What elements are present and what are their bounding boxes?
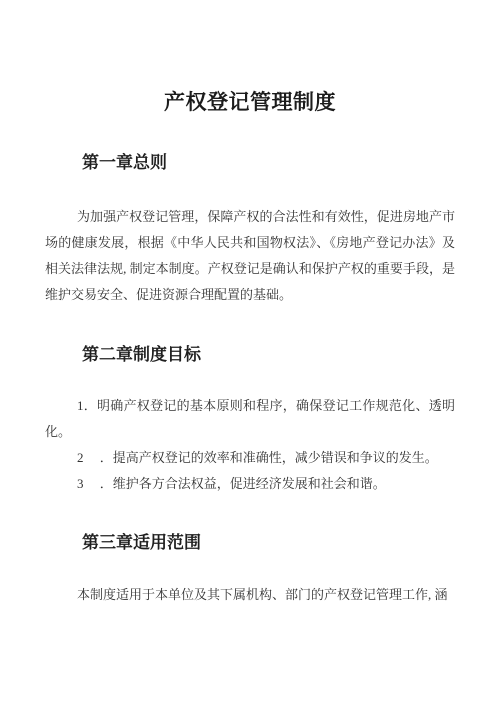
document-title: 产权登记管理制度 — [45, 91, 455, 115]
goal-list: 1．明确产权登记的基本原则和程序，确保登记工作规范化、透明化。 2 ．提高产权登… — [45, 393, 455, 497]
chapter-1-paragraph: 为加强产权登记管理，保障产权的合法性和有效性，促进房地产市场的健康发展，根据《中… — [45, 204, 455, 308]
goal-item-3: 3 ．维护各方合法权益，促进经济发展和社会和谐。 — [45, 471, 455, 497]
goal-item-2: 2 ．提高产权登记的效率和准确性，减少错误和争议的发生。 — [45, 445, 455, 471]
chapter-1-heading: 第一章总则 — [82, 153, 455, 173]
goal-item-1: 1．明确产权登记的基本原则和程序，确保登记工作规范化、透明化。 — [45, 393, 455, 445]
chapter-3-heading: 第三章适用范围 — [82, 533, 455, 553]
chapter-3-paragraph: 本制度适用于本单位及其下属机构、部门的产权登记管理工作, 涵 — [45, 582, 455, 608]
document-page: 产权登记管理制度 第一章总则 为加强产权登记管理，保障产权的合法性和有效性，促进… — [0, 0, 500, 707]
chapter-2-heading: 第二章制度目标 — [82, 345, 455, 365]
